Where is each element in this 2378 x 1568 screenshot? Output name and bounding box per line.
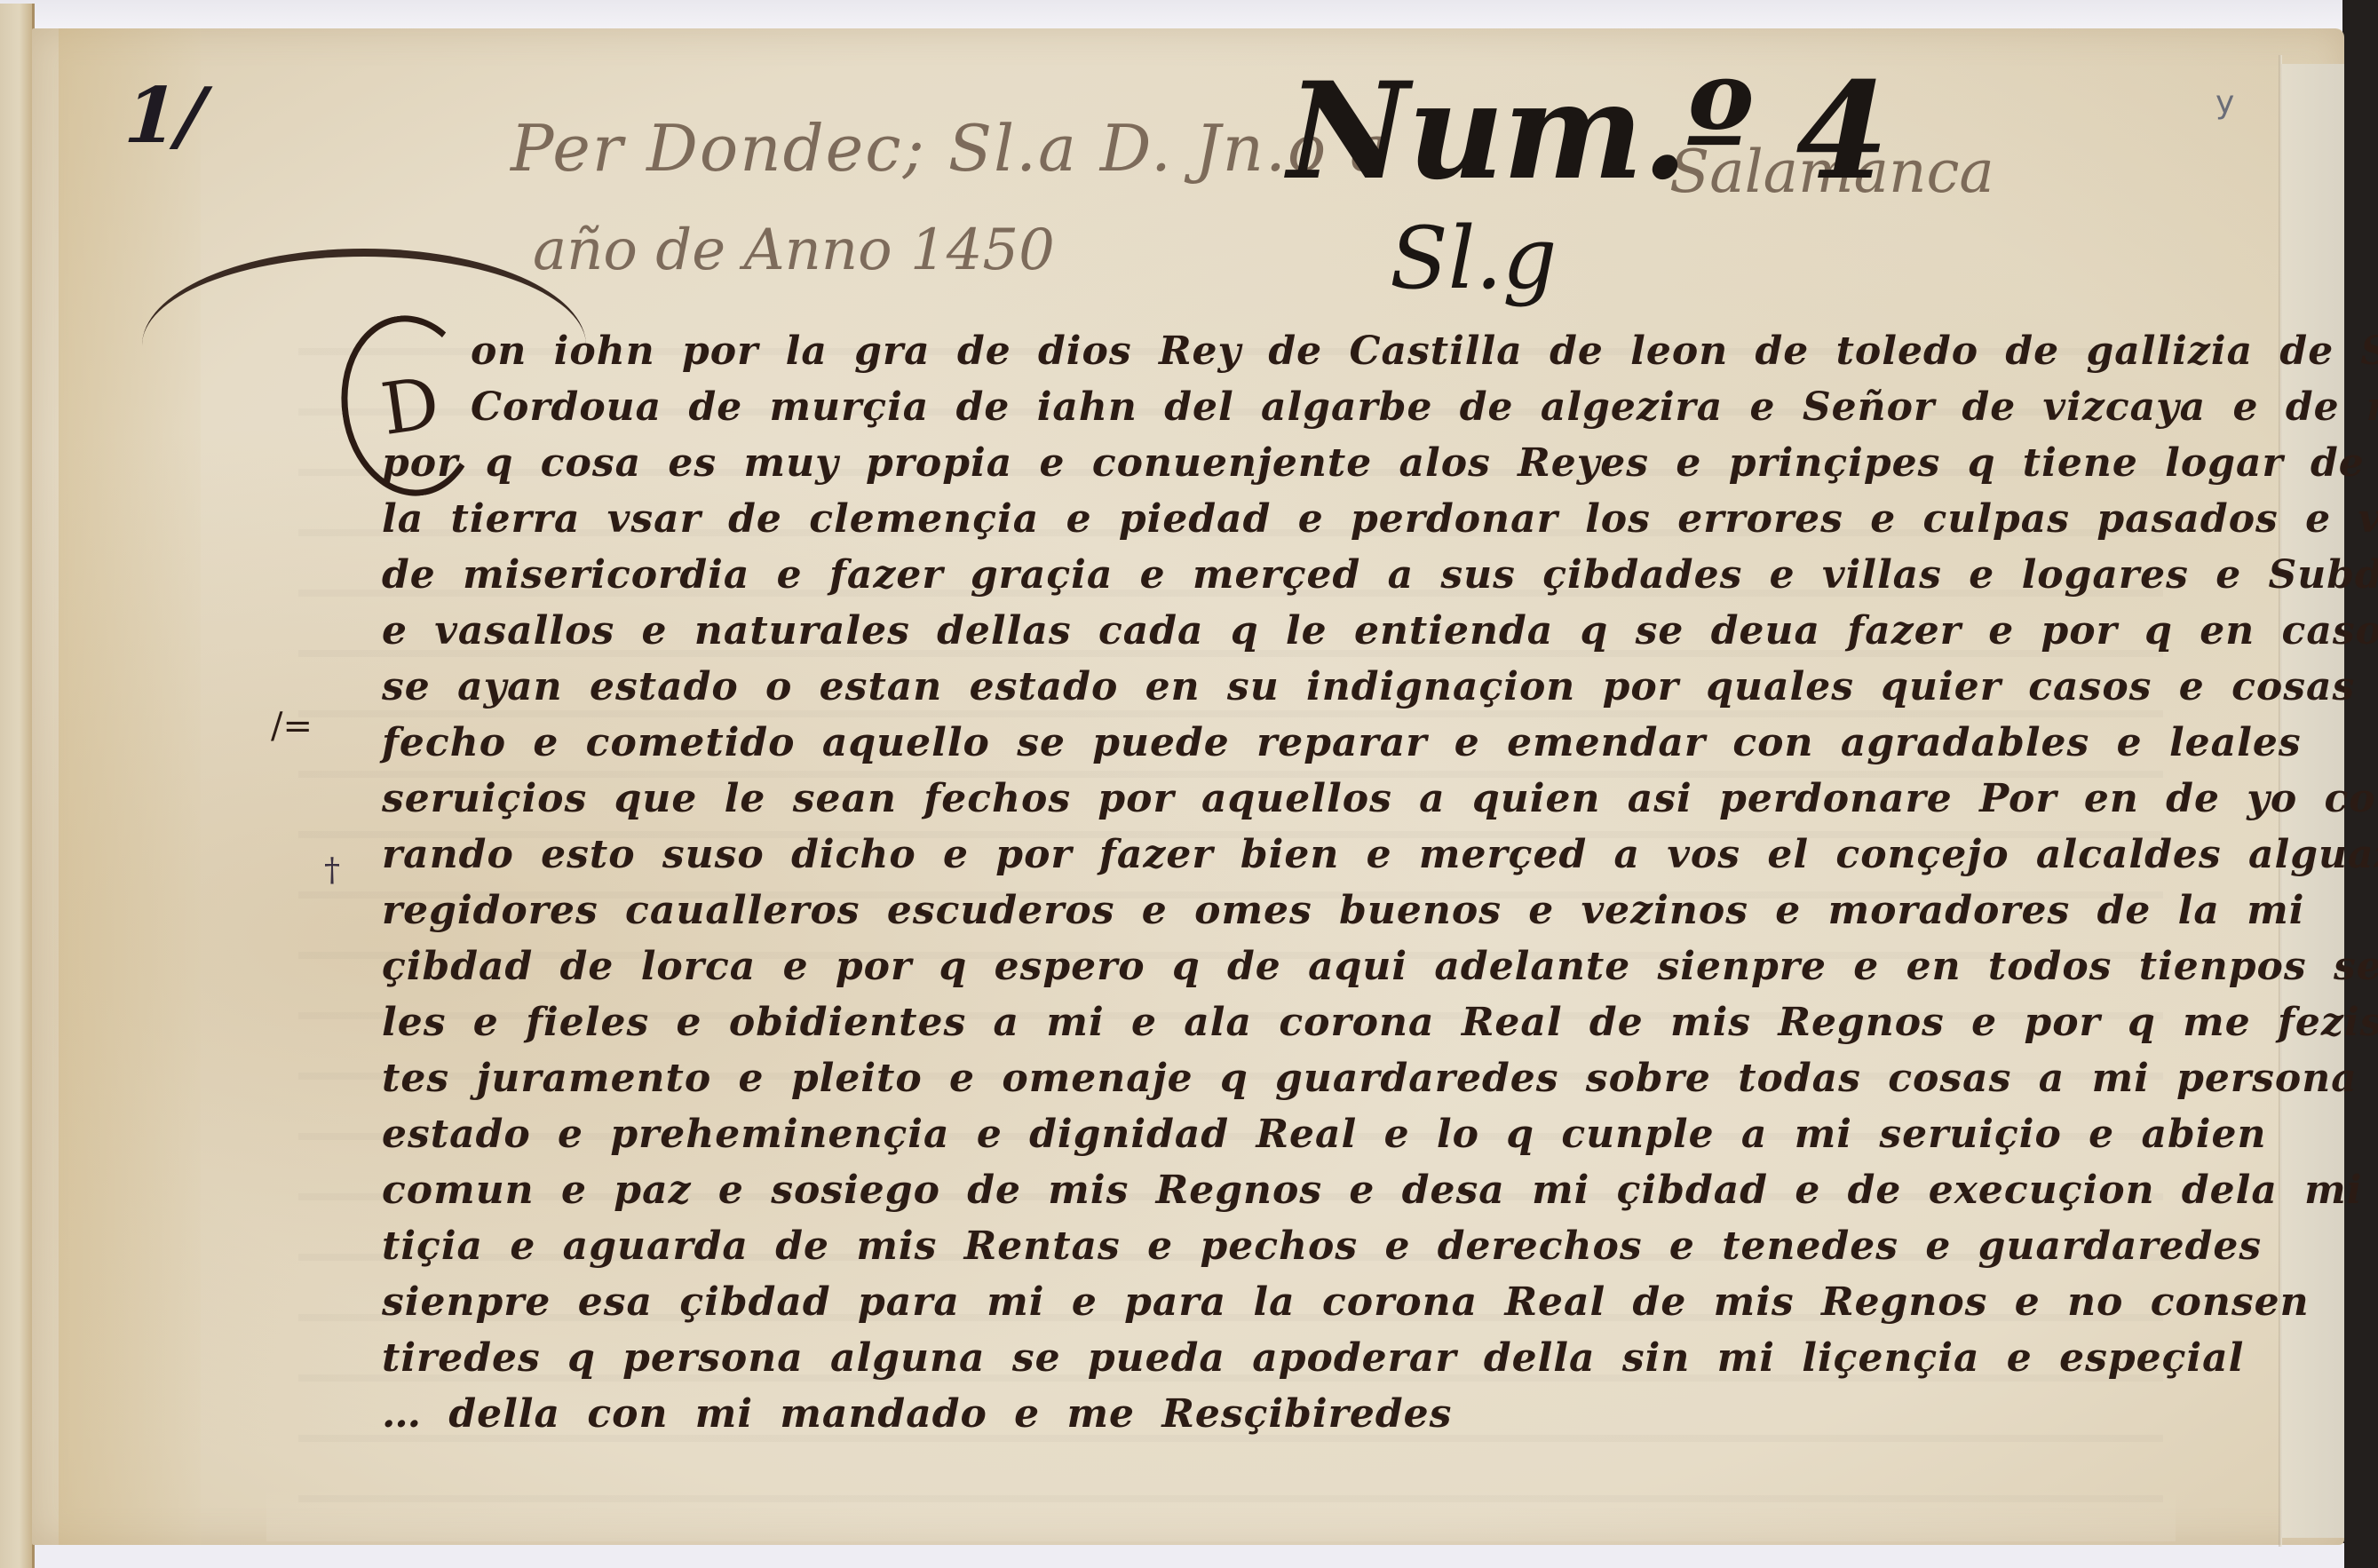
scan-bed-top xyxy=(0,0,2378,32)
body-line: estado e preheminençia e dignidad Real e… xyxy=(382,1112,2140,1168)
bottom-edge-fade xyxy=(266,1488,2176,1541)
header-annotation-line1: Per Dondec; Sl.a D. Jn.o a xyxy=(511,111,1390,186)
body-line: regidores caualleros escuderos e omes bu… xyxy=(382,888,2140,944)
body-line: les e fieles e obidientes a mi e ala cor… xyxy=(382,1000,2140,1056)
body-line: la tierra vsar de clemençia e piedad e p… xyxy=(382,496,2140,552)
header-annotation-line2: año de Anno 1450 xyxy=(533,218,1055,283)
body-line: sienpre esa çibdad para mi e para la cor… xyxy=(382,1279,2140,1335)
body-line: e vasallos e naturales dellas cada q le … xyxy=(382,608,2140,664)
body-line: se ayan estado o estan estado en su indi… xyxy=(382,664,2140,720)
body-line: tes juramento e pleito e omenaje q guard… xyxy=(382,1056,2140,1112)
facing-page-edge xyxy=(0,4,35,1568)
body-line: fecho e cometido aquello se puede repara… xyxy=(382,720,2140,776)
document-number-sub: Sl.g xyxy=(1390,209,1557,308)
margin-mark-cross: † xyxy=(324,852,340,889)
gutter-stain xyxy=(59,28,201,1545)
body-line: on iohn por la gra de dios Rey de Castil… xyxy=(382,329,2140,384)
body-line: rando esto suso dicho e por fazer bien e… xyxy=(382,832,2140,888)
manuscript-body: on iohn por la gra de dios Rey de Castil… xyxy=(382,329,2140,1447)
body-line: seruiçios que le sean fechos por aquello… xyxy=(382,776,2140,832)
body-line: … della con mi mandado e me Resçibiredes xyxy=(382,1391,2140,1447)
document-number-title: Num.º 4 xyxy=(1288,53,1887,210)
corner-mark: y xyxy=(2216,84,2234,121)
body-line: comun e paz e sosiego de mis Regnos e de… xyxy=(382,1168,2140,1224)
scan-bed-bottom xyxy=(0,1543,2344,1568)
body-line: Cordoua de murçia de iahn del algarbe de… xyxy=(382,384,2140,440)
body-line: por q cosa es muy propia e conuenjente a… xyxy=(382,440,2140,496)
body-line: çibdad de lorca e por q espero q de aqui… xyxy=(382,944,2140,1000)
margin-mark-equals: /= xyxy=(271,706,313,747)
scan-canvas: 1/ Per Dondec; Sl.a D. Jn.o a año de Ann… xyxy=(0,0,2378,1568)
body-line: tiredes q persona alguna se pueda apoder… xyxy=(382,1335,2140,1391)
body-line: de misericordia e fazer graçia e merçed … xyxy=(382,552,2140,608)
body-line: tiçia e aguarda de mis Rentas e pechos e… xyxy=(382,1224,2140,1279)
